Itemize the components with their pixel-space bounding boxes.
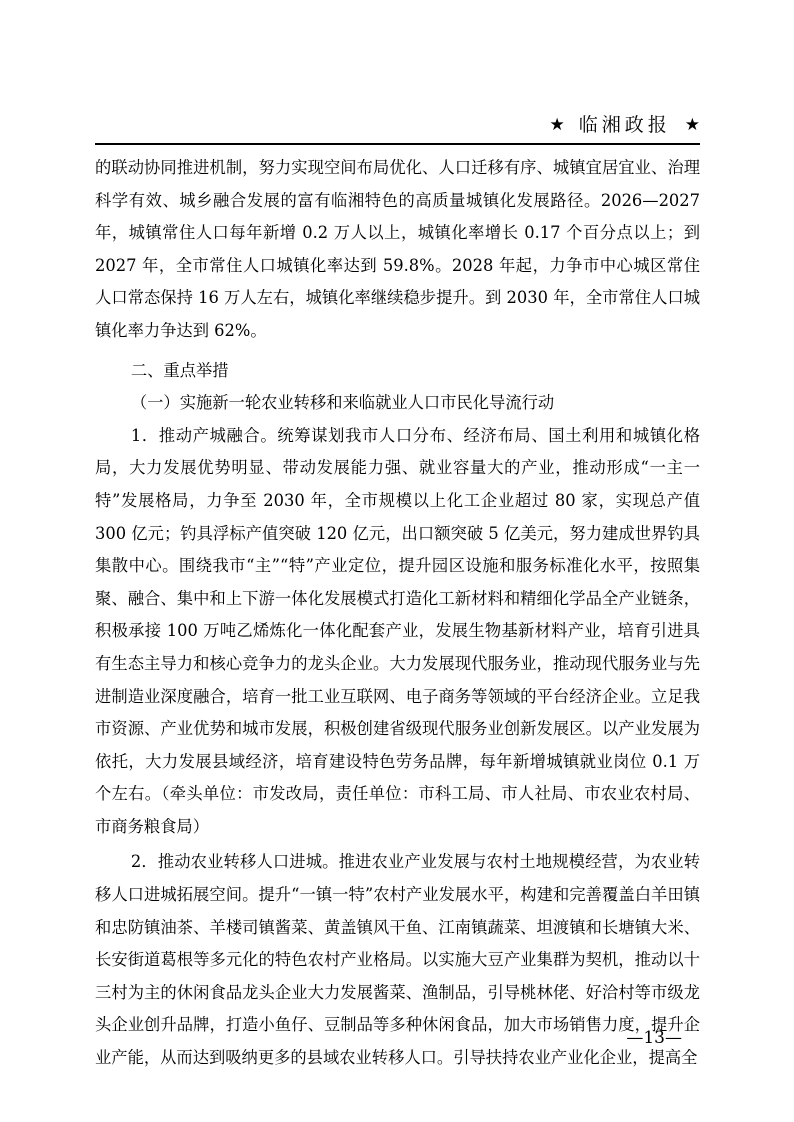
paragraph-item-1: 1．推动产城融合。统筹谋划我市人口分布、经济布局、国土利用和城镇化格局，大力发展… (95, 420, 700, 844)
paragraph-item-2: 2．推动农业转移人口进城。推进农业产业发展与农村土地规模经营，为农业转移人口进城… (95, 846, 700, 1074)
paragraph-continued: 的联动协同推进机制，努力实现空间布局优化、人口迁移有序、城镇宜居宜业、治理科学有… (95, 152, 700, 348)
star-icon: ★ (549, 115, 564, 135)
document-body: 的联动协同推进机制，努力实现空间布局优化、人口迁移有序、城镇宜居宜业、治理科学有… (95, 152, 700, 1075)
star-icon: ★ (685, 115, 700, 135)
subsection-heading: （一）实施新一轮农业转移和来临就业人口市民化导流行动 (95, 387, 700, 420)
header-divider (95, 143, 700, 145)
section-heading: 二、重点举措 (95, 355, 700, 388)
page-number: —13— (626, 1028, 682, 1048)
page-header: ★临湘政报★ (95, 112, 700, 138)
page-footer: —13— (626, 1028, 682, 1048)
gazette-title: 临湘政报 (579, 112, 671, 138)
document-page: ★临湘政报★ 的联动协同推进机制，努力实现空间布局优化、人口迁移有序、城镇宜居宜… (0, 0, 794, 1122)
